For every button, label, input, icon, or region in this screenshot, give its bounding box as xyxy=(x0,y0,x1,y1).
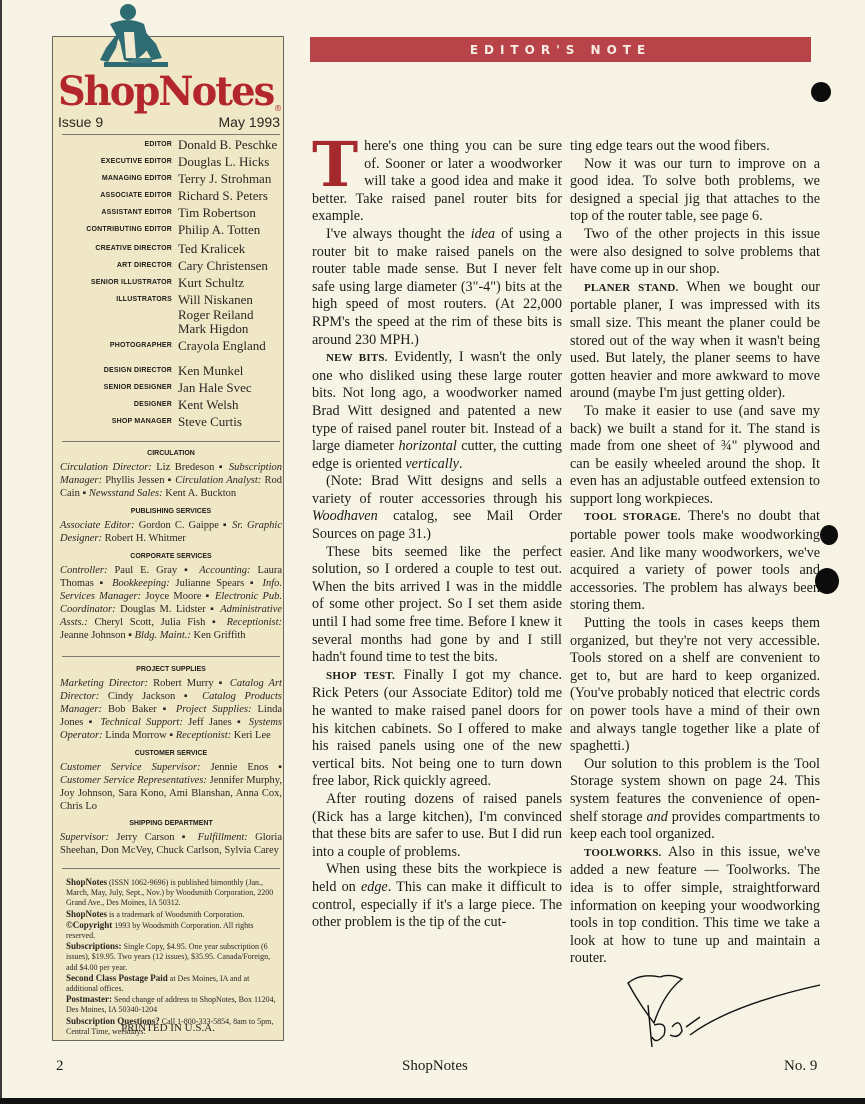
divider xyxy=(62,656,280,657)
paragraph: To make it easier to use (and save my ba… xyxy=(570,403,820,509)
paragraph: Our solution to this problem is the Tool… xyxy=(570,756,820,844)
paragraph: SHOP TEST. Finally I got my chance. Rick… xyxy=(312,667,562,791)
paragraph: Putting the tools in cases keeps them or… xyxy=(570,615,820,756)
paragraph: When using these bits the workpiece is h… xyxy=(312,861,562,931)
publication-info: ShopNotes (ISSN 1062-9696) is published … xyxy=(66,877,280,1037)
registered-mark: ® xyxy=(274,104,282,113)
paragraph: (Note: Brad Witt designs and sells a var… xyxy=(312,473,562,543)
staff-row: ASSOCIATE EDITORRichard S. Peters xyxy=(58,187,284,204)
paragraph: I've always thought the idea of using a … xyxy=(312,226,562,349)
paragraph: TOOLWORKS. Also in this issue, we've add… xyxy=(570,844,820,968)
drop-cap: T xyxy=(312,140,358,190)
section-title: EDITOR'S NOTE xyxy=(470,43,651,57)
punch-hole-mark xyxy=(820,525,838,545)
divider xyxy=(62,441,280,442)
editor-signature-icon xyxy=(620,965,830,1050)
dept-project-supplies: PROJECT SUPPLIES Marketing Director: Rob… xyxy=(60,666,282,742)
issue-number: Issue 9 xyxy=(58,114,103,130)
staff-row: EDITORDonald B. Peschke xyxy=(58,136,284,153)
page-edge xyxy=(0,1098,865,1104)
divider xyxy=(62,134,280,135)
dept-corporate-services: CORPORATE SERVICES Controller: Paul E. G… xyxy=(60,553,282,642)
dept-publishing-services: PUBLISHING SERVICES Associate Editor: Go… xyxy=(60,508,282,545)
staff-row: EXECUTIVE EDITORDouglas L. Hicks xyxy=(58,153,284,170)
staff-row: MANAGING EDITORTerry J. Strohman xyxy=(58,170,284,187)
staff-list-design: DESIGN DIRECTORKen Munkel SENIOR DESIGNE… xyxy=(58,362,284,430)
staff-row: DESIGN DIRECTORKen Munkel xyxy=(58,362,284,379)
footer-publication: ShopNotes xyxy=(402,1058,468,1075)
staff-row: DESIGNERKent Welsh xyxy=(58,396,284,413)
staff-row: ART DIRECTORCary Christensen xyxy=(58,257,284,274)
footer-issue: No. 9 xyxy=(784,1058,817,1075)
staff-row: SENIOR DESIGNERJan Hale Svec xyxy=(58,379,284,396)
paragraph: TOOL STORAGE. There's no doubt that port… xyxy=(570,508,820,615)
staff-row: CONTRIBUTING EDITORPhilip A. Totten xyxy=(58,221,284,238)
punch-hole-mark xyxy=(811,82,831,102)
staff-row: PHOTOGRAPHERCrayola England xyxy=(58,337,284,354)
page-number: 2 xyxy=(56,1058,64,1075)
section-header-bar: EDITOR'S NOTE xyxy=(310,37,811,62)
staff-list-editorial: EDITORDonald B. Peschke EXECUTIVE EDITOR… xyxy=(58,136,284,238)
page-edge xyxy=(0,0,2,1104)
staff-row: CREATIVE DIRECTORTed Kralicek xyxy=(58,240,284,257)
paragraph: PLANER STAND. When we bought our portabl… xyxy=(570,279,820,403)
dept-customer-service: CUSTOMER SERVICE Customer Service Superv… xyxy=(60,750,282,813)
article-column-1: There's one thing you can be sure of. So… xyxy=(312,138,562,932)
staff-row: ASSISTANT EDITORTim Robertson xyxy=(58,204,284,221)
logo-wordmark: ShopNotes xyxy=(58,72,273,112)
paragraph: There's one thing you can be sure of. So… xyxy=(312,138,562,226)
staff-list-creative: CREATIVE DIRECTORTed Kralicek ART DIRECT… xyxy=(58,240,284,354)
staff-row: ILLUSTRATORSWill NiskanenRoger ReilandMa… xyxy=(58,291,284,337)
paragraph: After routing dozens of raised panels (R… xyxy=(312,791,562,861)
dept-circulation: CIRCULATION Circulation Director: Liz Br… xyxy=(60,450,282,500)
punch-hole-mark xyxy=(815,568,839,594)
paragraph: ting edge tears out the wood fibers. xyxy=(570,138,820,156)
issue-date: May 1993 xyxy=(219,114,280,130)
printed-in-usa: PRINTED IN U.S.A. xyxy=(52,1022,284,1034)
dept-shipping: SHIPPING DEPARTMENT Supervisor: Jerry Ca… xyxy=(60,820,282,857)
staff-row: SHOP MANAGERSteve Curtis xyxy=(58,413,284,430)
divider xyxy=(62,868,280,869)
issue-row: Issue 9 May 1993 xyxy=(58,114,280,130)
paragraph: These bits seemed like the perfect solut… xyxy=(312,544,562,667)
woodworker-figure-icon xyxy=(80,2,175,77)
paragraph: Now it was our turn to improve on a good… xyxy=(570,156,820,226)
staff-row: SENIOR ILLUSTRATORKurt Schultz xyxy=(58,274,284,291)
article-column-2: ting edge tears out the wood fibers. Now… xyxy=(570,138,820,968)
paragraph: Two of the other projects in this issue … xyxy=(570,226,820,279)
paragraph: NEW BITS. Evidently, I wasn't the only o… xyxy=(312,349,562,473)
